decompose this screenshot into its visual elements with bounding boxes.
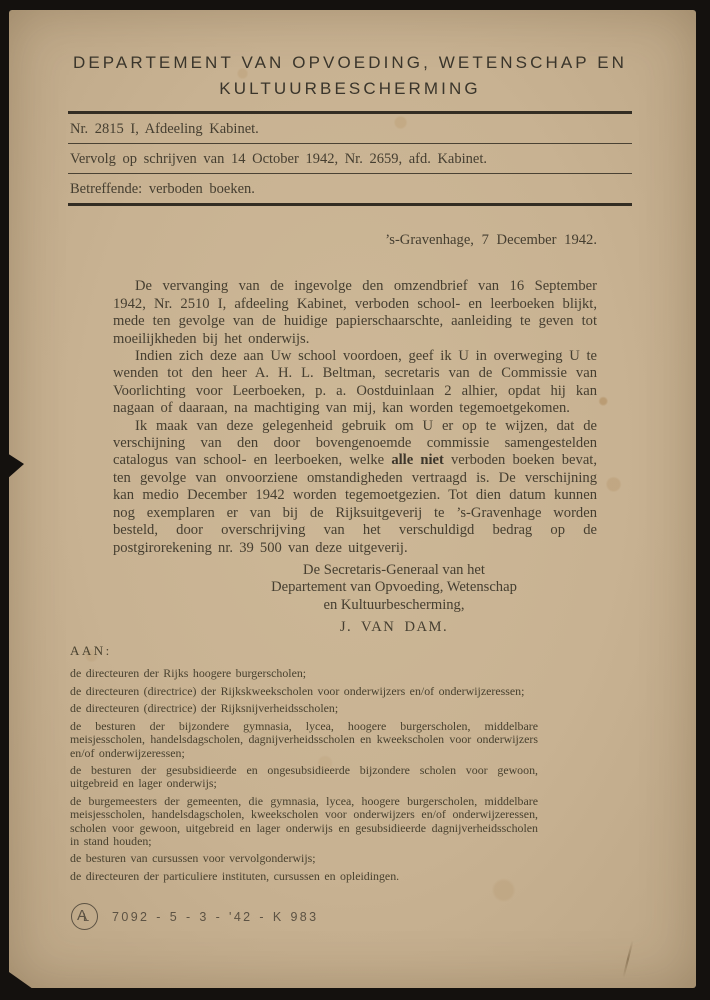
distribution-item: de besturen van cursussen voor vervolgon… [70, 852, 538, 865]
signature-name: J. VAN DAM. [229, 619, 559, 637]
signature-line3: en Kultuurbescherming, [229, 597, 559, 615]
distribution-label: AAN: [70, 643, 538, 659]
department-title: DEPARTEMENT VAN OPVOEDING, WETENSCHAP EN… [68, 50, 632, 102]
letterhead: DEPARTEMENT VAN OPVOEDING, WETENSCHAP EN… [68, 50, 632, 206]
department-title-line2: KULTUURBESCHERMING [68, 76, 632, 102]
distribution-item: de directeuren (directrice) der Rijkskwe… [70, 685, 538, 698]
distribution-item: de burgemeesters der gemeenten, die gymn… [70, 795, 538, 848]
paper-crease [622, 940, 633, 977]
reference-subject: Betreffende: verboden boeken. [68, 174, 632, 203]
signature-line1: De Secretaris-Generaal van het [229, 562, 559, 580]
reference-followup: Vervolg op schrijven van 14 October 1942… [68, 144, 632, 174]
letter-body: ’s-Gravenhage, 7 December 1942. De verva… [113, 232, 597, 637]
signature-block: De Secretaris-Generaal van het Departeme… [229, 562, 559, 637]
scanned-document-page: { "colors": { "background": "#14110e", "… [0, 0, 710, 1000]
printer-logo-letter-l: L [83, 911, 89, 925]
distribution-item: de besturen der gesubsidieerde en ongesu… [70, 764, 538, 790]
distribution-item: de besturen der bijzondere gymnasia, lyc… [70, 720, 538, 760]
signature-line2: Departement van Opvoeding, Wetenschap [229, 579, 559, 597]
distribution-item: de directeuren (directrice) der Rijksnij… [70, 702, 538, 715]
paper-tear-bottom-left [9, 972, 33, 989]
printer-code: 7092 - 5 - 3 - '42 - K 983 [112, 910, 319, 924]
distribution-item: de directeuren der Rijks hoogere burgers… [70, 667, 538, 680]
paragraph-2: Indien zich deze aan Uw school voordoen,… [113, 348, 597, 418]
paragraph-3: Ik maak van deze gelegenheid gebruik om … [113, 418, 597, 557]
distribution-item: de directeuren der particuliere institut… [70, 870, 538, 883]
paragraph-3-emphasis: alle niet [391, 452, 444, 468]
distribution-list: AAN: de directeuren der Rijks hoogere bu… [70, 643, 538, 888]
reference-number: Nr. 2815 I, Afdeeling Kabinet. [68, 114, 632, 144]
printer-logo-icon: A L [71, 903, 98, 930]
paper-tear-left [7, 453, 24, 479]
letter-paper: DEPARTEMENT VAN OPVOEDING, WETENSCHAP EN… [9, 10, 696, 988]
department-title-line1: DEPARTEMENT VAN OPVOEDING, WETENSCHAP EN [68, 50, 632, 76]
printer-imprint: A L 7092 - 5 - 3 - '42 - K 983 [71, 903, 319, 930]
paragraph-1: De vervanging van de ingevolge den omzen… [113, 278, 597, 348]
dateline: ’s-Gravenhage, 7 December 1942. [113, 232, 597, 249]
rule-bottom [68, 203, 632, 206]
